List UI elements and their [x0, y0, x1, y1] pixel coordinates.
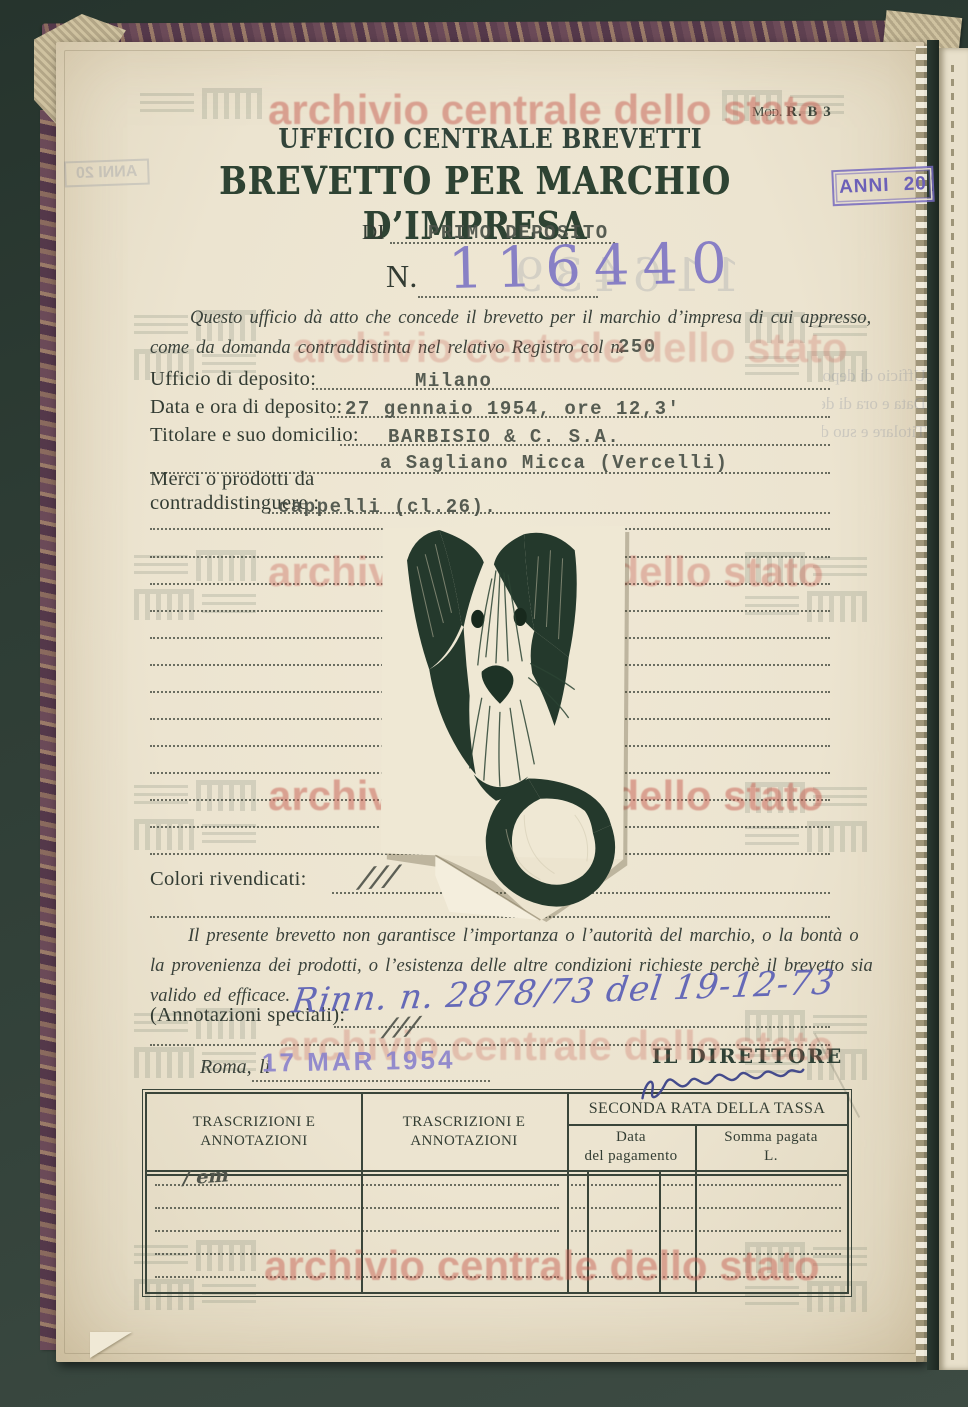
- ink-bleed-mark: [140, 88, 280, 119]
- stitched-page-edge: [916, 46, 927, 1362]
- label-bleed: Data e ora di deposito:: [822, 394, 926, 414]
- table-header-somma-pagata: Somma pagata L.: [695, 1124, 847, 1170]
- anni-20-stamp: ANNI 20: [831, 166, 934, 206]
- table-header-col1: TRASCRIZIONI E ANNOTAZIONI: [147, 1094, 361, 1170]
- date-stamp: 17 MAR 1954: [262, 1044, 456, 1078]
- ink-bleed-mark: [134, 780, 274, 850]
- table-divider: [659, 1172, 661, 1292]
- table-dotted-row: [571, 1276, 841, 1278]
- marbled-cover-edge-left: [40, 110, 57, 1350]
- table-header-data-pagamento: Data del pagamento: [567, 1124, 695, 1170]
- dotted-line: [312, 388, 830, 390]
- disclaimer-line-1: Il presente brevetto non garantisce l’im…: [188, 926, 859, 947]
- ink-bleed-mark: [745, 782, 885, 852]
- table-dotted-row: [155, 1207, 559, 1209]
- table-dotted-row: [571, 1184, 841, 1186]
- colori-label: Colori rivendicati:: [150, 868, 307, 891]
- table-dotted-row: [571, 1207, 841, 1209]
- intro-line-1: Questo ufficio dà atto che concede il br…: [190, 308, 871, 329]
- label-bleed: Ufficio di deposito:: [822, 366, 926, 386]
- titolare-address-value: a Sagliano Micca (Vercelli): [380, 452, 728, 474]
- number-label: N.: [386, 258, 418, 295]
- trademark-dog-image: [376, 526, 630, 922]
- mod-word: Mod.: [752, 105, 782, 120]
- di-label: DI: [362, 220, 385, 245]
- patent-number-stamp: 116440: [447, 231, 740, 302]
- scanned-book-photo: { "watermark": { "text": "archivio centr…: [0, 0, 968, 1407]
- merci-value: cappelli (cl.26).: [278, 496, 497, 518]
- label-bleed: Titolare e suo domicilio:: [822, 422, 926, 442]
- table-dotted-row: [155, 1276, 559, 1278]
- page-corner-fold: [90, 1332, 132, 1358]
- ufficio-deposito-value: Milano: [415, 370, 492, 392]
- roma-li-label: Roma, li: [200, 1056, 270, 1079]
- data-ora-value: 27 gennaio 1954, ore 12,3': [345, 398, 680, 420]
- registro-number-value: 250: [618, 336, 657, 358]
- titolare-label: Titolare e suo domicilio:: [150, 424, 359, 447]
- table-dotted-row: [571, 1230, 841, 1232]
- page-gap-shadow: [927, 40, 939, 1370]
- stack-stitch-line: [951, 60, 954, 1360]
- table-divider: [587, 1172, 589, 1292]
- titolare-value: BARBISIO & C. S.A.: [388, 426, 620, 448]
- form-model-label: Mod. R. B 3: [752, 104, 832, 121]
- data-ora-label: Data e ora di deposito:: [150, 396, 342, 419]
- table-dotted-row: [155, 1253, 559, 1255]
- mod-code: R. B 3: [786, 104, 832, 120]
- table-divider: [147, 1170, 847, 1172]
- director-signature: [637, 1060, 809, 1114]
- table-dotted-row: [571, 1253, 841, 1255]
- issuing-office-title: UFFICIO CENTRALE BREVETTI: [225, 124, 755, 155]
- dotted-line: [252, 1080, 490, 1082]
- table-pencil-note: / em: [180, 1164, 231, 1189]
- table-header-col2: TRASCRIZIONI E ANNOTAZIONI: [361, 1094, 567, 1170]
- table-dotted-row: [155, 1230, 559, 1232]
- intro-line-2: come da domanda contraddistinta nel rela…: [150, 338, 624, 359]
- merci-label-1: Merci o prodotti da: [150, 468, 315, 491]
- ufficio-deposito-label: Ufficio di deposito:: [150, 368, 316, 391]
- table-divider: [147, 1174, 847, 1176]
- transcriptions-table: TRASCRIZIONI E ANNOTAZIONI TRASCRIZIONI …: [145, 1092, 849, 1294]
